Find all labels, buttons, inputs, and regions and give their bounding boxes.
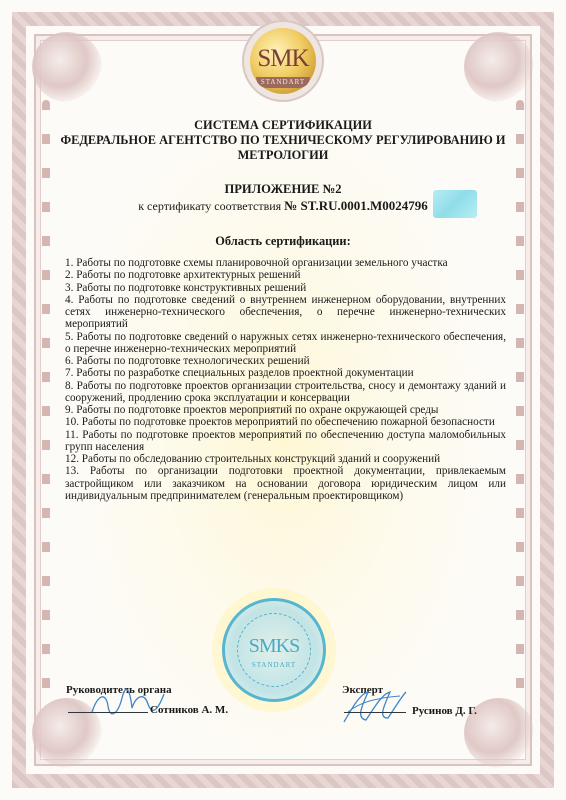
list-item: 13. Работы по организации подготовки про… xyxy=(65,465,506,502)
list-item: 2. Работы по подготовке архитектурных ре… xyxy=(65,269,506,281)
smk-logo: SMK STANDART xyxy=(250,28,316,94)
official-stamp: SMKS STANDART xyxy=(222,598,326,702)
certificate-reference: к сертификату соответствия № ST.RU.0001.… xyxy=(0,198,566,214)
head-name: Сотников А. М. xyxy=(150,704,228,716)
expert-name: Русинов Д. Г. xyxy=(412,705,477,717)
cert-prefix: к сертификату соответствия xyxy=(138,199,281,213)
expert-signature-scribble-icon xyxy=(340,688,410,728)
header-system: СИСТЕМА СЕРТИФИКАЦИИ xyxy=(0,118,566,133)
list-item: 7. Работы по разработке специальных разд… xyxy=(65,367,506,379)
hologram-sticker-icon xyxy=(433,190,477,218)
list-item: 1. Работы по подготовке схемы планировоч… xyxy=(65,257,506,269)
list-item: 4. Работы по подготовке сведений о внутр… xyxy=(65,294,506,331)
list-item: 3. Работы по подготовке конструктивных р… xyxy=(65,282,506,294)
list-item: 10. Работы по подготовке проектов меропр… xyxy=(65,416,506,428)
corner-ornament-icon xyxy=(32,32,102,102)
list-item: 11. Работы по подготовке проектов меропр… xyxy=(65,429,506,454)
list-item: 9. Работы по подготовке проектов меропри… xyxy=(65,404,506,416)
head-signature-line xyxy=(68,712,148,713)
header-agency-cont: МЕТРОЛОГИИ xyxy=(0,148,566,163)
corner-ornament-icon xyxy=(464,32,534,102)
expert-signature-line xyxy=(344,712,406,713)
list-item: 5. Работы по подготовке сведений о наруж… xyxy=(65,331,506,356)
appendix-title: ПРИЛОЖЕНИЕ №2 xyxy=(0,182,566,197)
stamp-subtext: STANDART xyxy=(225,661,323,669)
stamp-text: SMKS xyxy=(225,635,323,658)
scope-title: Область сертификации: xyxy=(0,234,566,249)
logo-subtext: STANDART xyxy=(256,77,310,88)
certificate-page: SMK STANDART СИСТЕМА СЕРТИФИКАЦИИ ФЕДЕРА… xyxy=(0,0,566,800)
list-item: 8. Работы по подготовке проектов организ… xyxy=(65,380,506,405)
header-agency: ФЕДЕРАЛЬНОЕ АГЕНТСТВО ПО ТЕХНИЧЕСКОМУ РЕ… xyxy=(0,133,566,148)
cert-number: № ST.RU.0001.M0024796 xyxy=(284,198,428,213)
scope-list: 1. Работы по подготовке схемы планировоч… xyxy=(65,257,506,502)
list-item: 12. Работы по обследованию строительных … xyxy=(65,453,506,465)
logo-text: SMK xyxy=(250,45,316,73)
list-item: 6. Работы по подготовке технологических … xyxy=(65,355,506,367)
